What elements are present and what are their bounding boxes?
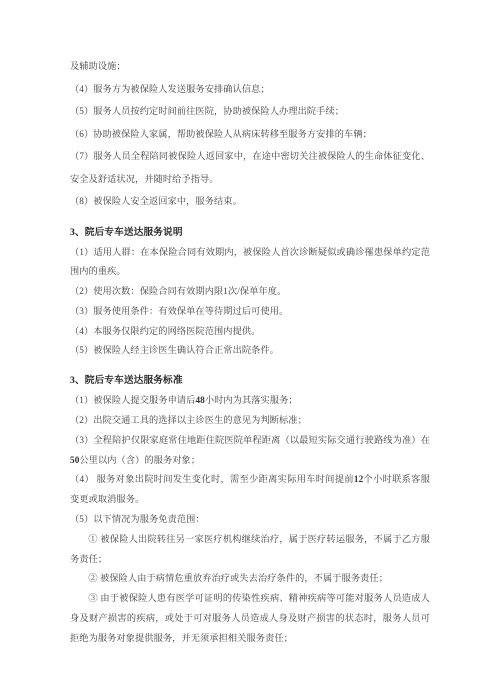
text-run: （5）以下情况为服务免责范围： — [70, 514, 205, 524]
bold-number: 50 — [70, 455, 79, 465]
paragraph: （4） 服务对象出院时间发生变化时，需至少距离实际用车时间提前12个小时联系客服… — [70, 470, 430, 510]
paragraph: （3）服务使用条件：有效保单在等待期过后可使用。 — [70, 302, 430, 322]
document-page: 及辅助设施；（4）服务方为被保险人发送服务安排确认信息；（5）服务人员按约定时间… — [0, 0, 495, 700]
paragraph: （1）适用人群：在本保险合同有效期内，被保险人首次诊断疑似或确诊罹患保单约定范围… — [70, 243, 430, 283]
text-run: ① 被保险人出院转往另一家医疗机构继续治疗，属于医疗转运服务，不属于乙方服务责任… — [70, 534, 430, 564]
text-run: ② 被保险人由于病情危重放弃治疗或失去治疗条件的，不属于服务责任； — [88, 573, 388, 583]
section-heading: 3、院后专车送达服务说明 — [70, 223, 430, 243]
bold-number: 48 — [195, 395, 204, 405]
text-run: （2）使用次数：保险合同有效期内限1次/保单年度。 — [70, 286, 286, 296]
paragraph: （6）协助被保险人家属，帮助被保险人从病床转移至服务方安排的车辆； — [70, 123, 430, 146]
text-run: 公里以内（含）的服务对象； — [79, 455, 200, 465]
text-run: ③ 由于被保险人患有医学可证明的传染性疾病、精神疾病等可能对服务人员造成人身及财… — [70, 593, 430, 643]
text-run: （7）服务人员全程陪同被保险人返回家中，在途中密切关注被保险人的生命体征变化、安… — [70, 151, 430, 184]
text-run: （1）适用人群：在本保险合同有效期内，被保险人首次诊断疑似或确诊罹患保单约定范围… — [70, 247, 430, 277]
document-section: 3、院后专车送达服务标准（1）被保险人提交服务申请后48小时内为其落实服务；（2… — [70, 371, 430, 648]
text-run: （8）被保险人安全返回家中，服务结束。 — [70, 196, 242, 206]
paragraph: （8）被保险人安全返回家中，服务结束。 — [70, 190, 430, 213]
paragraph: （5）以下情况为服务免责范围： — [70, 510, 430, 530]
paragraph: （3）全程陪护仅限家庭常住地距住院医院单程距离（以最短实际交通行驶路线为准）在5… — [70, 431, 430, 471]
document-section: 及辅助设施；（4）服务方为被保险人发送服务安排确认信息；（5）服务人员按约定时间… — [70, 55, 430, 213]
paragraph: （2）出院交通工具的选择以主诊医生的意见为判断标准； — [70, 411, 430, 431]
text-run: （6）协助被保险人家属，帮助被保险人从病床转移至服务方安排的车辆； — [70, 129, 372, 139]
document-content: 及辅助设施；（4）服务方为被保险人发送服务安排确认信息；（5）服务人员按约定时间… — [70, 55, 430, 649]
text-run: （4）本服务仅限约定的网络医院范围内提供。 — [70, 326, 260, 336]
text-run: （1）被保险人提交服务申请后 — [70, 395, 195, 405]
text-run: （3）服务使用条件：有效保单在等待期过后可使用。 — [70, 306, 288, 316]
paragraph: ③ 由于被保险人患有医学可证明的传染性疾病、精神疾病等可能对服务人员造成人身及财… — [70, 589, 430, 648]
document-section: 3、院后专车送达服务说明（1）适用人群：在本保险合同有效期内，被保险人首次诊断疑… — [70, 223, 430, 362]
paragraph: （4）本服务仅限约定的网络医院范围内提供。 — [70, 322, 430, 342]
paragraph: （7）服务人员全程陪同被保险人返回家中，在途中密切关注被保险人的生命体征变化、安… — [70, 145, 430, 190]
paragraph: ① 被保险人出院转往另一家医疗机构继续治疗，属于医疗转运服务，不属于乙方服务责任… — [70, 530, 430, 570]
paragraph: （4）服务方为被保险人发送服务安排确认信息； — [70, 78, 430, 101]
text-run: （2）出院交通工具的选择以主诊医生的意见为判断标准； — [70, 415, 307, 425]
paragraph: （1）被保险人提交服务申请后48小时内为其落实服务； — [70, 391, 430, 411]
text-run: （4）服务方为被保险人发送服务安排确认信息； — [70, 84, 270, 94]
section-heading: 3、院后专车送达服务标准 — [70, 371, 430, 391]
bold-number: 12 — [354, 474, 363, 484]
text-run: 小时内为其落实服务； — [205, 395, 298, 405]
paragraph: （5）服务人员按约定时间前往医院，协助被保险人办理出院手续； — [70, 100, 430, 123]
text-run: （5）被保险人经主诊医生确认符合正常出院条件。 — [70, 345, 279, 355]
text-run: （4） 服务对象出院时间发生变化时，需至少距离实际用车时间提前 — [70, 474, 354, 484]
paragraph: ② 被保险人由于病情危重放弃治疗或失去治疗条件的，不属于服务责任； — [70, 569, 430, 589]
text-run: （3）全程陪护仅限家庭常住地距住院医院单程距离（以最短实际交通行驶路线为准）在 — [70, 435, 430, 445]
text-run: 及辅助设施； — [70, 61, 126, 71]
paragraph: 及辅助设施； — [70, 55, 430, 78]
paragraph: （2）使用次数：保险合同有效期内限1次/保单年度。 — [70, 282, 430, 302]
text-run: （5）服务人员按约定时间前往医院，协助被保险人办理出院手续； — [70, 106, 344, 116]
paragraph: （5）被保险人经主诊医生确认符合正常出院条件。 — [70, 341, 430, 361]
